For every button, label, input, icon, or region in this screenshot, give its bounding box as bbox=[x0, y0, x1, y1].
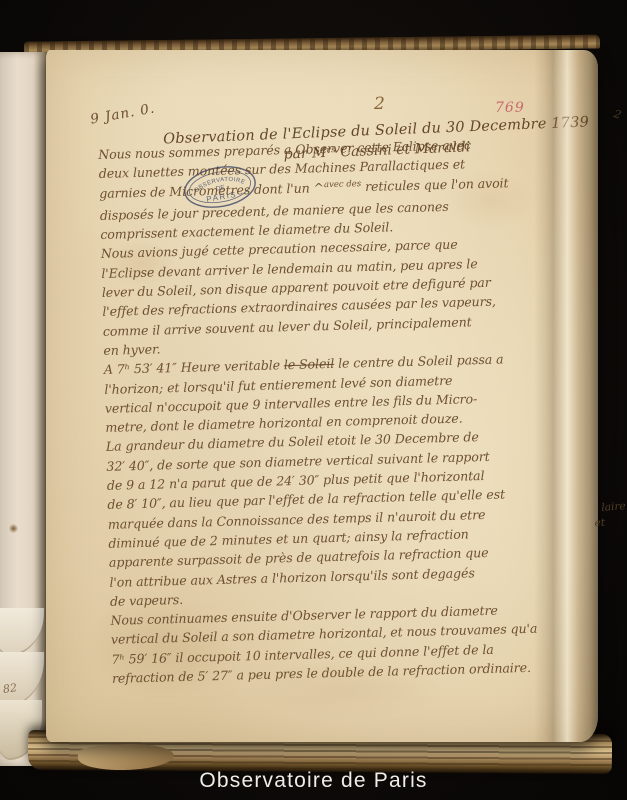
margin-note-top-left: 9 Jan. 0. bbox=[89, 100, 156, 127]
margin-note-right-line1: laire bbox=[601, 499, 626, 516]
archive-number: 769 bbox=[495, 100, 525, 116]
manuscript-page: 9 Jan. 0. 2 769 2 Observation de l'Eclip… bbox=[46, 50, 598, 742]
page-fold-crease bbox=[534, 50, 598, 742]
manuscript-lines: Nous nous sommes preparés a Observer cet… bbox=[98, 133, 582, 688]
margin-note-right-line2: et bbox=[594, 514, 627, 531]
caption-bar: Observatoire de Paris bbox=[0, 762, 627, 800]
folio-number: 2 bbox=[374, 94, 385, 114]
margin-note-right: laire et bbox=[601, 499, 627, 531]
page-edge-mark: 2 bbox=[612, 107, 623, 122]
paper-stain bbox=[9, 524, 18, 533]
caption-label: Observatoire de Paris bbox=[199, 769, 427, 793]
bottom-left-mark: 82 bbox=[2, 681, 18, 696]
photo-backdrop: 82 9 Jan. 0. 2 769 2 Observation de l'Ec… bbox=[0, 0, 627, 800]
